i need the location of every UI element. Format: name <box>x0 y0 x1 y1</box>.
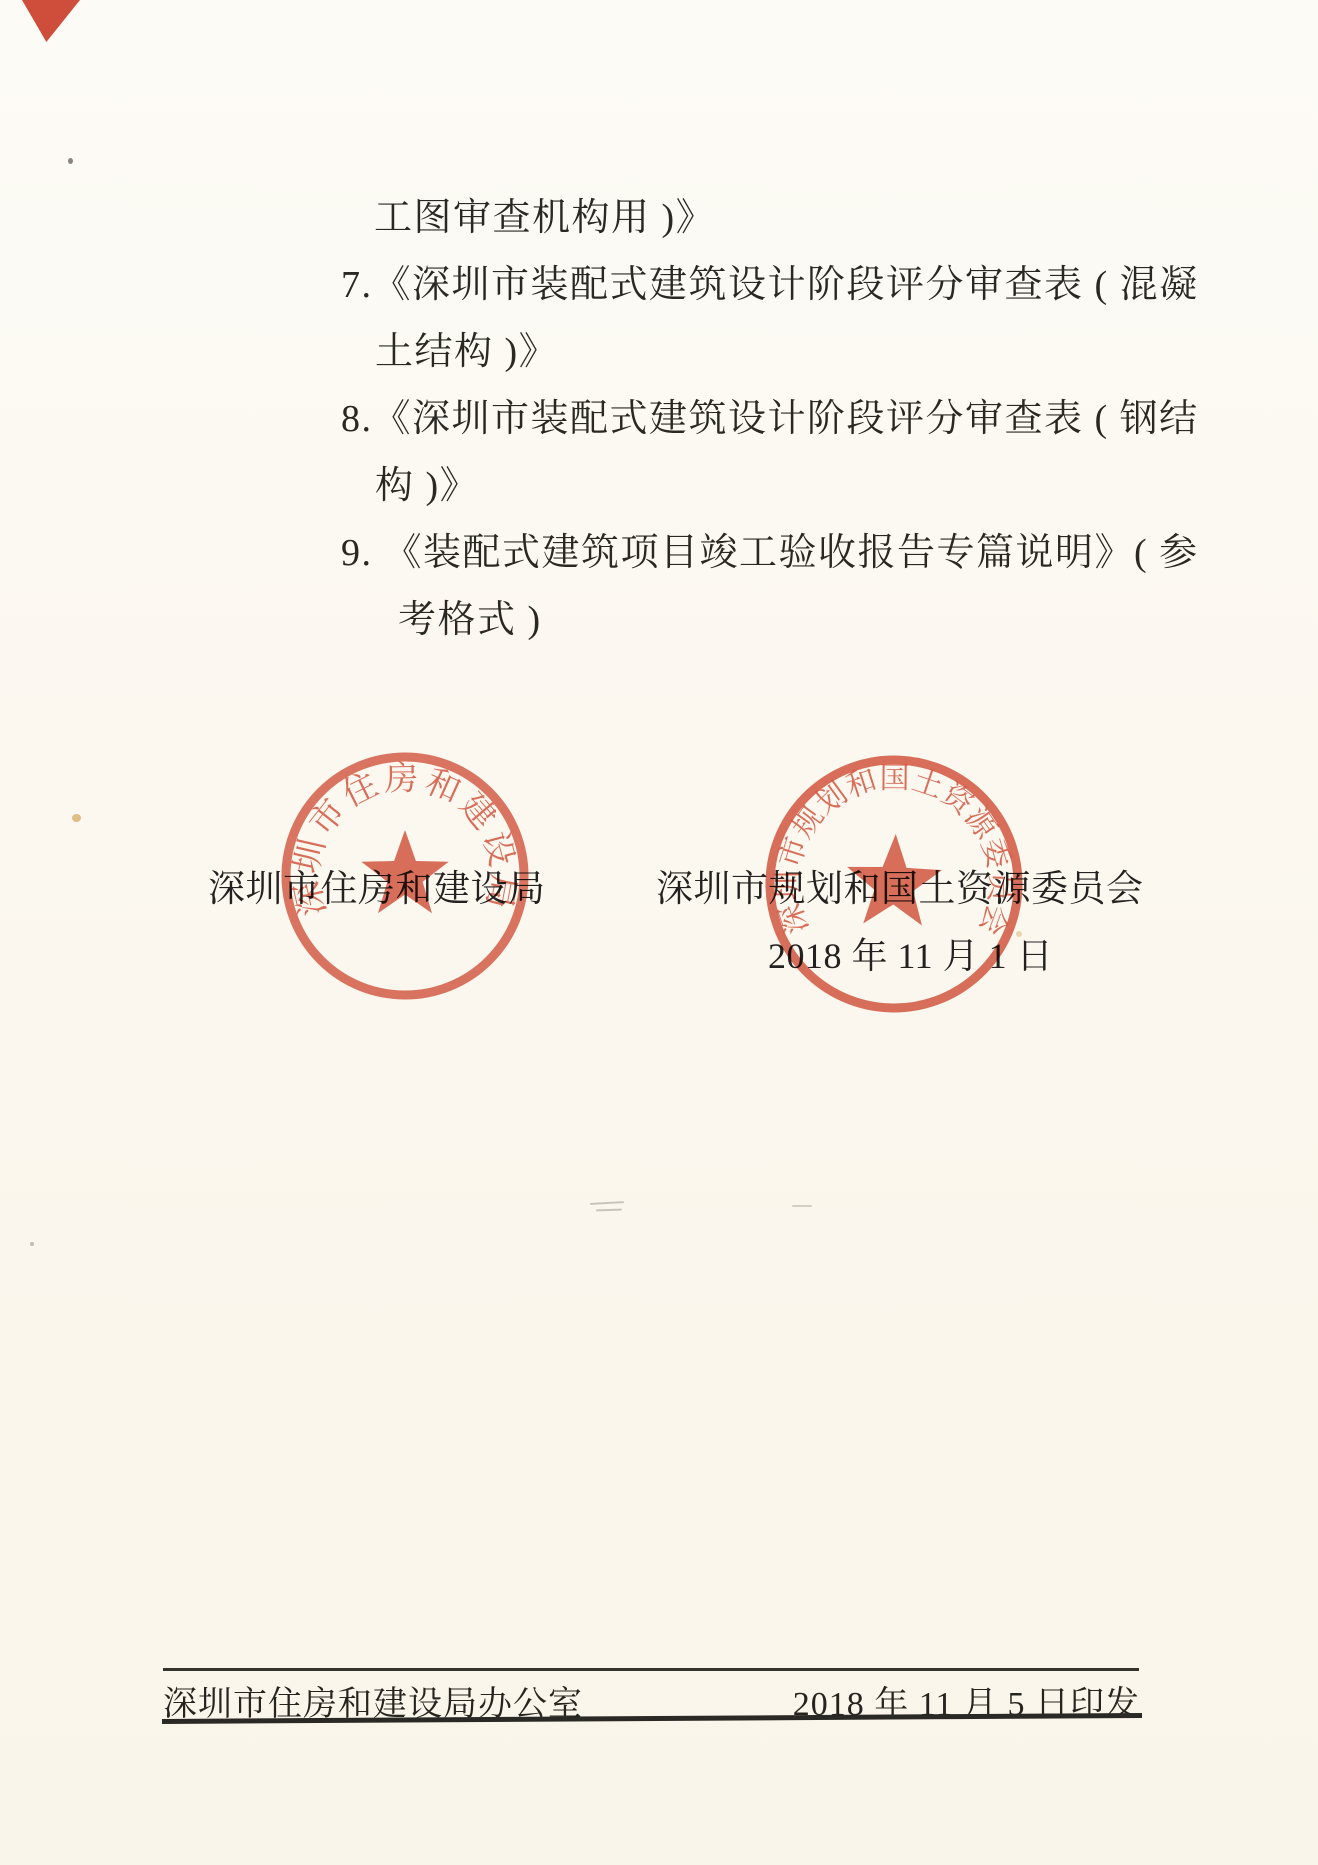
scan-speck <box>72 814 81 822</box>
scan-speck <box>68 158 73 164</box>
scan-smudge <box>596 1209 622 1212</box>
list-item-8-line-1: 8.《深圳市装配式建筑设计阶段评分审查表 ( 钢结 <box>341 387 1199 442</box>
star-icon <box>361 830 448 913</box>
list-item-7-line-1: 7.《深圳市装配式建筑设计阶段评分审查表 ( 混凝 <box>341 253 1199 308</box>
footer-top-rule <box>163 1668 1139 1671</box>
official-seal-left: 深圳市住房和建设局 <box>277 748 533 1004</box>
list-item-7-line-2: 土结构 )》 <box>375 320 558 375</box>
list-item-8-line-2: 构 )》 <box>375 454 479 509</box>
scan-smudge <box>792 1205 812 1207</box>
list-line-continuation-6: 工图审查机构用 )》 <box>374 186 715 241</box>
scan-smudge <box>590 1201 624 1205</box>
official-seal-right: 深圳市规划和国土资源委员会 <box>755 745 1032 1022</box>
list-item-9-line-1: 9. 《装配式建筑项目竣工验收报告专篇说明》( 参 <box>341 521 1199 576</box>
document-page: 工图审查机构用 )》 7.《深圳市装配式建筑设计阶段评分审查表 ( 混凝 土结构… <box>0 0 1318 1865</box>
scan-speck <box>30 1242 34 1246</box>
list-item-9-line-2: 考格式 ) <box>398 588 542 643</box>
red-corner-stamp-mark <box>22 0 80 42</box>
star-icon <box>845 832 943 926</box>
